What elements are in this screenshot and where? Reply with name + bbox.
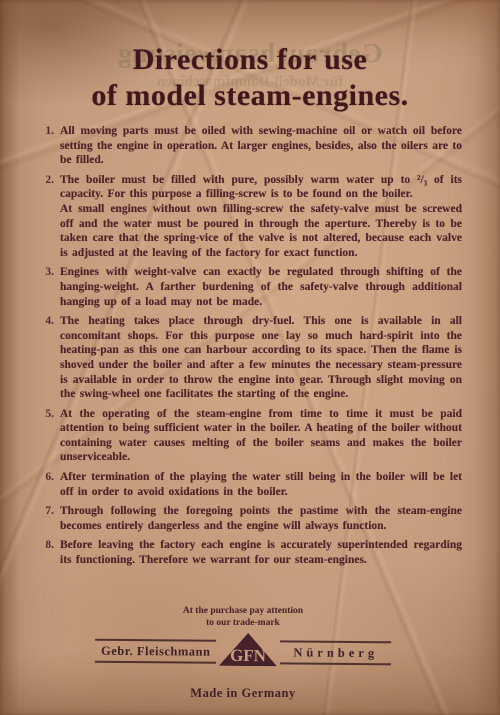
item-number: 1. <box>38 124 54 168</box>
item-number: 6. <box>38 470 54 499</box>
item-text: At the operating of the steam-engine fro… <box>60 407 462 465</box>
page-title: Directions for use of model steam-engine… <box>0 42 500 114</box>
made-in-germany-label: Made in Germany <box>95 686 391 701</box>
item-number: 5. <box>38 407 54 465</box>
item-text: The heating takes place through dry-fuel… <box>60 314 462 402</box>
instruction-item: 8. Before leaving the factory each engin… <box>38 538 462 567</box>
footer-stamp: Gebr. Fleischmann GFN Nürnberg <box>95 639 391 673</box>
trademark-note-line-2: to our trade-mark <box>88 618 398 630</box>
item-text: The boiler must be filled with pure, pos… <box>60 173 462 261</box>
item-text: Before leaving the factory each engine i… <box>60 538 462 567</box>
item-number: 7. <box>38 504 54 533</box>
instruction-item: 3. Engines with weight-valve can exactly… <box>38 265 462 309</box>
item-number: 4. <box>38 314 54 402</box>
instruction-item: 6. After termination of the playing the … <box>38 470 462 499</box>
instruction-item: 5. At the operating of the steam-engine … <box>38 407 462 465</box>
instruction-item: 2. The boiler must be filled with pure, … <box>38 173 462 261</box>
page-title-line-2: of model steam-engines. <box>0 78 500 114</box>
company-name-box: Gebr. Fleischmann <box>95 639 217 664</box>
instruction-item: 4. The heating takes place through dry-f… <box>38 314 462 402</box>
trademark-note-line-1: At the purchase pay attention <box>88 606 398 618</box>
item-number: 2. <box>38 173 54 261</box>
company-name: Gebr. Fleischmann <box>101 643 211 659</box>
triangle-logo-icon: GFN <box>219 633 277 667</box>
instructions-list: 1. All moving parts must be oiled with s… <box>38 124 462 573</box>
gfn-triangle-logo: GFN <box>219 633 277 672</box>
item-text: Through following the foregoing points t… <box>60 504 462 533</box>
item-text: After termination of the playing the wat… <box>60 470 462 499</box>
scanned-instruction-sheet: Gebrauchsanweisung für Modell-Dampfmasch… <box>0 0 500 715</box>
item-text: Engines with weight-valve can exactly be… <box>60 265 462 309</box>
instruction-item: 7. Through following the foregoing point… <box>38 504 462 533</box>
instruction-item: 1. All moving parts must be oiled with s… <box>38 124 462 168</box>
item-number: 8. <box>38 538 54 567</box>
city-name: Nürnberg <box>293 645 378 661</box>
city-name-box: Nürnberg <box>280 640 391 665</box>
item-number: 3. <box>38 265 54 309</box>
gfn-logo-letters: GFN <box>230 646 267 665</box>
trademark-note: At the purchase pay attention to our tra… <box>88 606 398 629</box>
item-text: All moving parts must be oiled with sewi… <box>60 124 462 168</box>
page-title-line-1: Directions for use <box>0 42 500 78</box>
